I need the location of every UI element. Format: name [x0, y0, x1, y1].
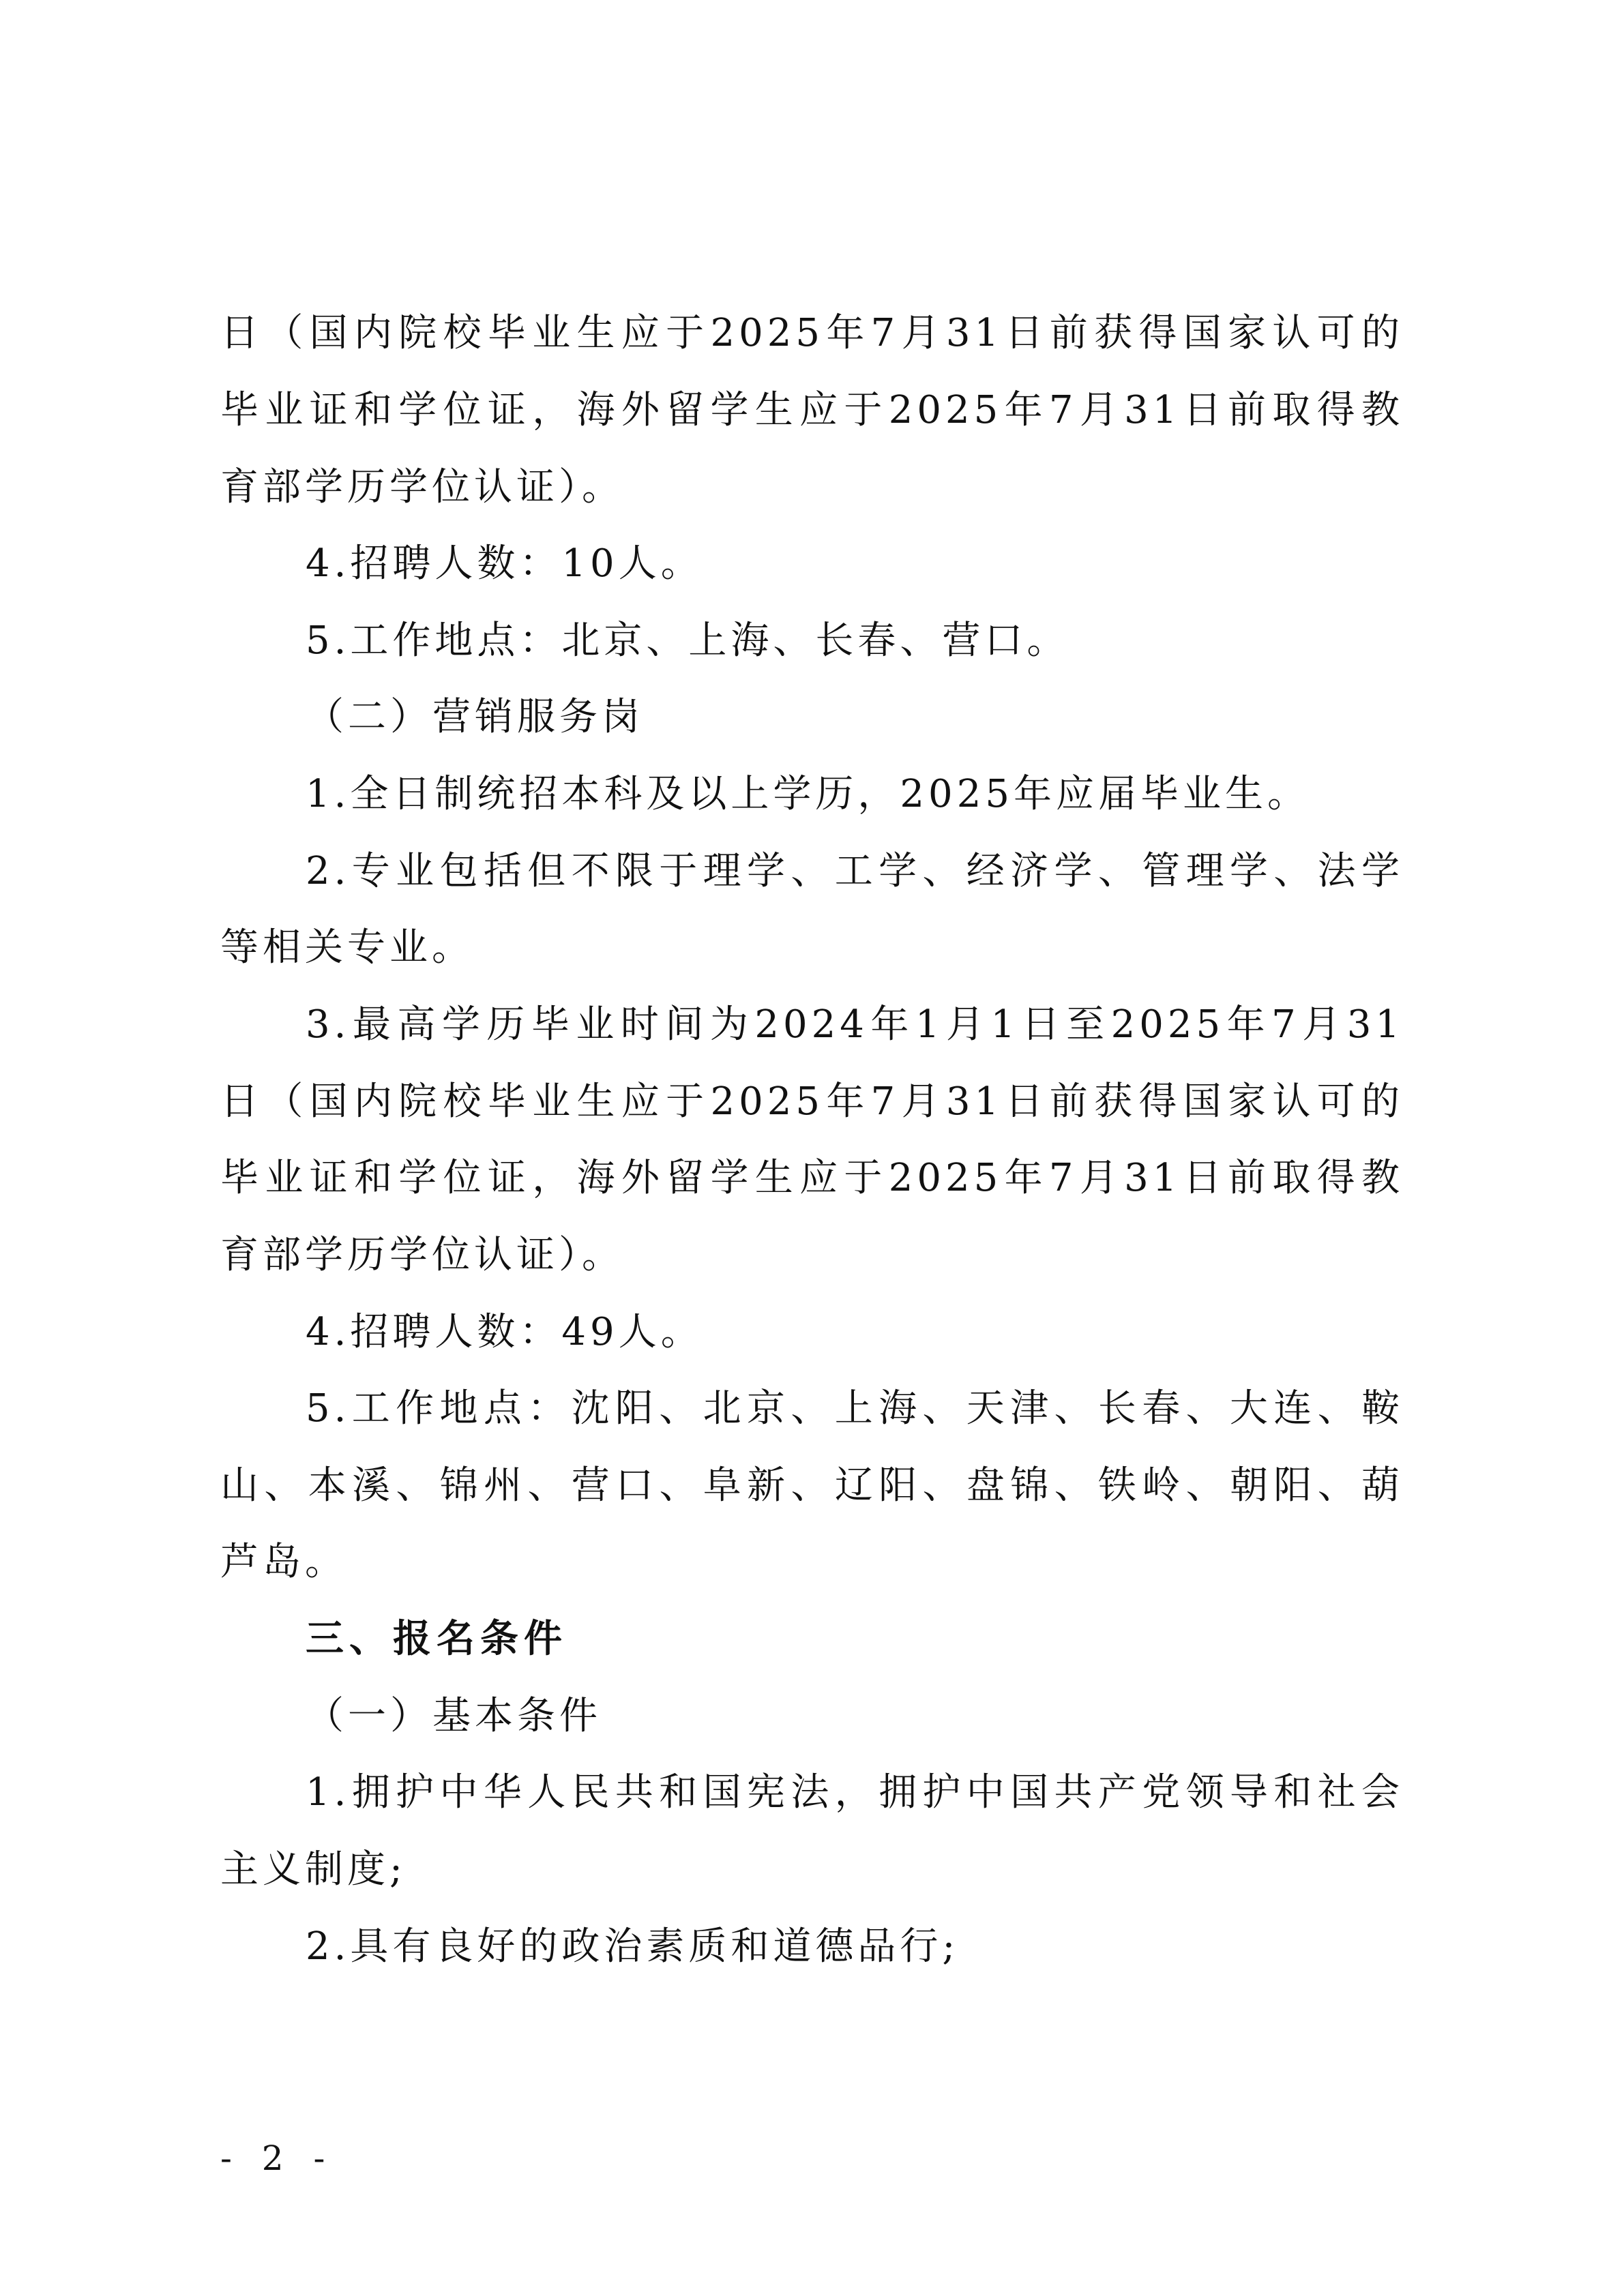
text-line-education: 1.全日制统招本科及以上学历，2025年应届毕业生。	[306, 767, 1310, 822]
document-page: 日（国内院校毕业生应于2025年7月31日前获得国家认可的 毕业证和学位证，海外…	[0, 0, 1624, 2296]
text-line-majors-1: 2.专业包括但不限于理学、工学、经济学、管理学、法学	[306, 844, 1404, 899]
text-line-locations-marketing-1: 5.工作地点：沈阳、北京、上海、天津、长春、大连、鞍	[306, 1382, 1404, 1436]
text-line-locations-technical: 5.工作地点：北京、上海、长春、营口。	[306, 614, 1069, 668]
text-line-graduation-clause-2: 毕业证和学位证，海外留学生应于2025年7月31日前取得教	[220, 383, 1404, 438]
text-line-graduation-time-3: 毕业证和学位证，海外留学生应于2025年7月31日前取得教	[220, 1151, 1404, 1206]
text-line-condition-2: 2.具有良好的政治素质和道德品行;	[306, 1920, 959, 1974]
subsection-title-basic-conditions: （一）基本条件	[306, 1689, 602, 1744]
text-line-locations-marketing-3: 芦岛。	[220, 1535, 347, 1590]
text-line-graduation-clause-1: 日（国内院校毕业生应于2025年7月31日前获得国家认可的	[220, 306, 1404, 361]
text-line-graduation-time-2: 日（国内院校毕业生应于2025年7月31日前获得国家认可的	[220, 1075, 1404, 1129]
text-line-majors-2: 等相关专业。	[220, 921, 474, 975]
text-line-graduation-time-1: 3.最高学历毕业时间为2024年1月1日至2025年7月31	[306, 998, 1404, 1052]
text-line-graduation-clause-3: 育部学历学位认证）。	[220, 460, 624, 515]
text-line-graduation-time-4: 育部学历学位认证）。	[220, 1228, 624, 1283]
page-number: - 2 -	[220, 2134, 334, 2182]
text-line-headcount-technical: 4.招聘人数：10人。	[306, 537, 703, 591]
text-line-headcount-marketing: 4.招聘人数：49人。	[306, 1305, 703, 1360]
text-line-locations-marketing-2: 山、本溪、锦州、营口、阜新、辽阳、盘锦、铁岭、朝阳、葫	[220, 1459, 1404, 1513]
subsection-title-marketing-service: （二）营销服务岗	[306, 690, 644, 745]
text-line-condition-1-part-1: 1.拥护中华人民共和国宪法，拥护中国共产党领导和社会	[306, 1765, 1404, 1820]
section-heading-application-conditions: 三、报名条件	[306, 1612, 567, 1667]
text-line-condition-1-part-2: 主义制度;	[220, 1843, 407, 1897]
